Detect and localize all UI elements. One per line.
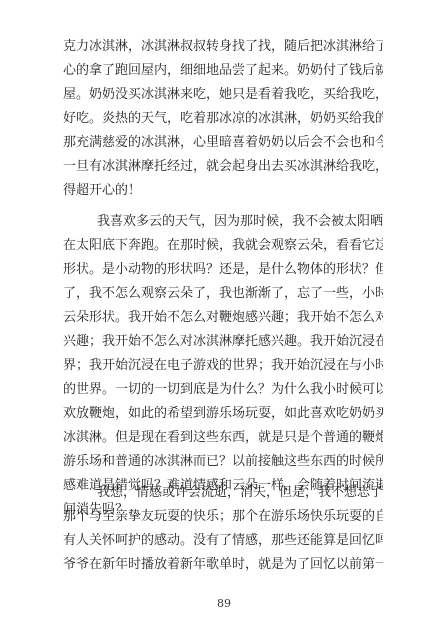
text-line: 心的拿了跑回屋内，细细地品尝了起来。奶奶付了钱后就走回进了 (63, 59, 383, 83)
text-line: 一旦有冰淇淋摩托经过，就会起身出去买冰淇淋给我吃，想想就觉 (63, 155, 383, 179)
text-line: 克力冰淇淋，冰淇淋叔叔转身找了找，随后把冰淇淋给了我，我开 (63, 35, 383, 59)
text-line: 那充满慈爱的冰淇淋，心里暗喜着奶奶以后会不会也和今天一样， (63, 131, 383, 155)
paragraph-1: 克力冰淇淋，冰淇淋叔叔转身找了找，随后把冰淇淋给了我，我开 心的拿了跑回屋内，细… (63, 35, 383, 203)
text-line: 那个与至亲挚友玩耍的快乐；那个在游乐场快乐玩耍的自由；那个 (63, 505, 383, 529)
document-page: 克力冰淇淋，冰淇淋叔叔转身找了找，随后把冰淇淋给了我，我开 心的拿了跑回屋内，细… (0, 0, 448, 640)
text-line: 好吃。炎热的天气，吃着那冰凉的冰淇淋，奶奶买给我的冰淇淋， (63, 107, 383, 131)
text-line: 兴趣；我开始不怎么对冰淇淋摩托感兴趣。我开始沉浸在自己的世 (63, 330, 383, 354)
text-line: 了，我不怎么观察云朵了，我也渐渐了，忘了一些，小时候看过的 (63, 282, 383, 306)
paragraph-3: 我想，情感或许会流逝，消失，但是，我不想忘了这些情感， 那个与至亲挚友玩耍的快乐… (63, 481, 383, 577)
text-line: 游乐场和普通的冰淇淋而已？以前接触这些东西的时候所拥有的情 (63, 450, 383, 474)
text-line: 云朵形状。我开始不怎么对鞭炮感兴趣；我开始不怎么对游乐场感 (63, 306, 383, 330)
text-line: 有人关怀呵护的感动。没有了情感，那些还能算是回忆吗？或许当 (63, 529, 383, 553)
text-line: 欢放鞭炮，如此的希望到游乐场玩耍，如此喜欢吃奶奶买给我吃的 (63, 402, 383, 426)
text-line: 我喜欢多云的天气，因为那时候，我不会被太阳晒，也可以 (63, 210, 383, 234)
text-line: 屋。奶奶没买冰淇淋来吃，她只是看着我吃，买给我吃，问我好不 (63, 83, 383, 107)
text-line: 的世界。一切的一切到底是为什么？为什么我小时候可以如此的喜 (63, 378, 383, 402)
text-line: 在太阳底下奔跑。在那时候，我就会观察云朵，看看它这次是什么 (63, 234, 383, 258)
text-line: 我想，情感或许会流逝，消失，但是，我不想忘了这些情感， (63, 481, 383, 505)
text-line: 形状。是小动物的形状吗？还是，是什么物体的形状？但是，长大 (63, 258, 383, 282)
text-line: 得超开心的！ (63, 179, 383, 203)
paragraph-2: 我喜欢多云的天气，因为那时候，我不会被太阳晒，也可以 在太阳底下奔跑。在那时候，… (63, 210, 383, 522)
text-line: 冰淇淋。但是现在看到这些东西，就是只是个普通的鞭炮，普通的 (63, 426, 383, 450)
text-line: 爷爷在新年时播放着新年歌单时，就是为了回忆以前第一次听见这 (63, 553, 383, 577)
page-number: 89 (0, 596, 448, 612)
text-line: 界；我开始沉浸在电子游戏的世界；我开始沉浸在与小时候不一样 (63, 354, 383, 378)
